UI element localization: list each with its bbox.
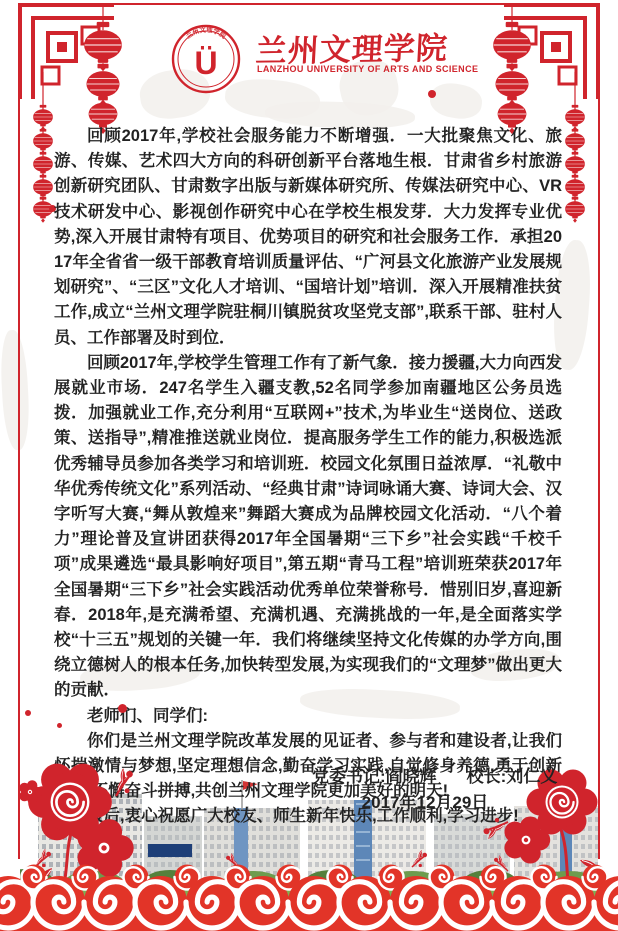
- lawn-sprigs: [0, 845, 618, 875]
- seal-ring-text: 兰州文理学院: [184, 25, 228, 41]
- top-border-line: [18, 3, 600, 5]
- corner-ornament-left: [18, 3, 118, 103]
- decor-dot: [118, 704, 127, 713]
- signature-row: 党委书记:阎晓辉 校长:刘仁义: [312, 762, 557, 787]
- letter-body: 回顾2017年,学校社会服务能力不断增强．一大批聚焦文化、旅游、传媒、艺术四大方…: [54, 124, 562, 830]
- paragraph-1: 回顾2017年,学校社会服务能力不断增强．一大批聚焦文化、旅游、传媒、艺术四大方…: [54, 124, 562, 351]
- university-name-english: LANZHOU UNIVERSITY OF ARTS AND SCIENCE: [257, 64, 457, 74]
- corner-ornament-right: [500, 3, 600, 103]
- salutation: 老师们、同学们:: [54, 704, 562, 729]
- right-border-line: [598, 3, 600, 859]
- decor-dot: [25, 710, 31, 716]
- scroll-wave-pattern: [0, 853, 618, 931]
- paragraph-2: 回顾2017年,学校学生管理工作有了新气象．接力援疆,大力向西发展就业市场．24…: [54, 351, 562, 704]
- greeting-letter-page: 兰州文理学院 Ü 兰州文理学院 LANZHOU UNIVERSITY OF AR…: [0, 0, 618, 931]
- president-name: 校长:刘仁义: [467, 762, 558, 787]
- secretary-name: 党委书记:阎晓辉: [312, 762, 437, 787]
- letter-date: 2017年12月29日: [335, 788, 515, 813]
- decor-dot: [428, 90, 436, 98]
- left-border-line: [18, 3, 20, 859]
